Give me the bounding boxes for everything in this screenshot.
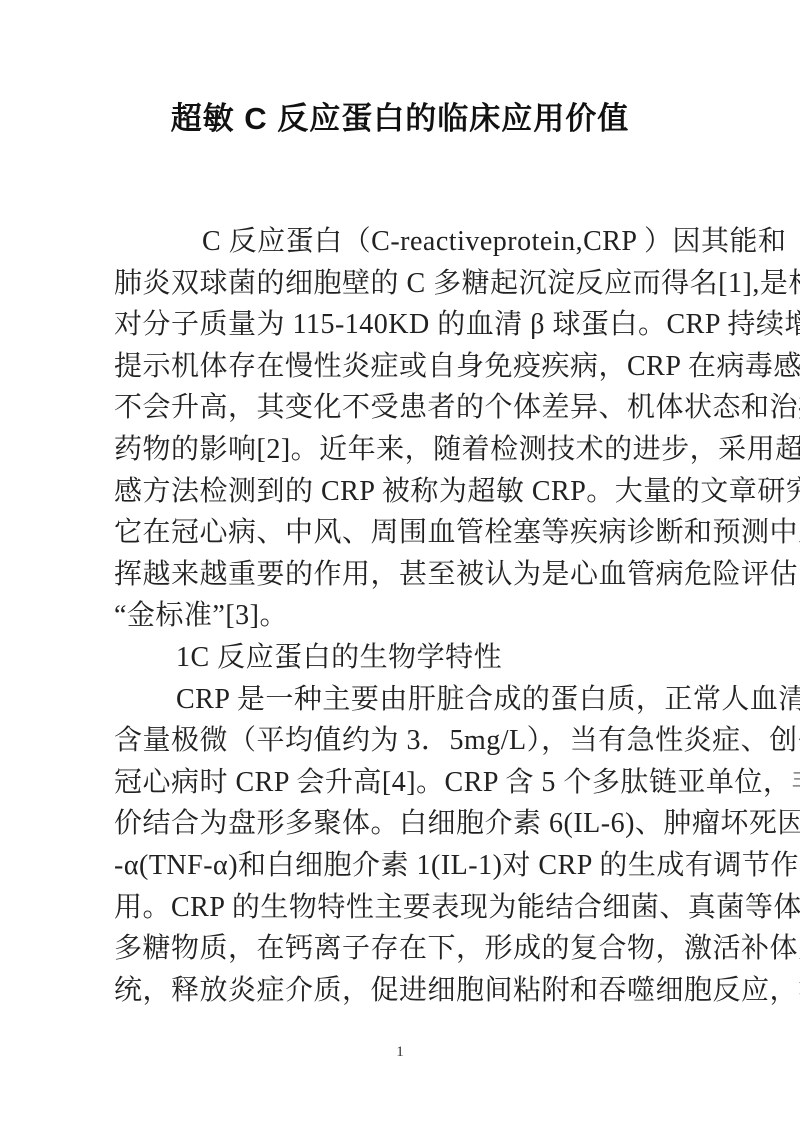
text-line: 对分子质量为 115-140KD 的血清 β 球蛋白。CRP 持续增高 <box>114 304 720 346</box>
text-line: 多糖物质，在钙离子存在下，形成的复合物，激活补体系 <box>114 928 720 970</box>
text-line: 它在冠心病、中风、周围血管栓塞等疾病诊断和预测中发 <box>114 512 720 554</box>
text-line: 肺炎双球菌的细胞壁的 C 多糖起沉淀反应而得名[1],是相 <box>114 263 720 305</box>
page-number: 1 <box>0 1044 800 1061</box>
document-page: 超敏 C 反应蛋白的临床应用价值 C 反应蛋白（C-reactiveprotei… <box>0 0 800 1131</box>
page-title: 超敏 C 反应蛋白的临床应用价值 <box>0 0 800 137</box>
text-line: CRP 是一种主要由肝脏合成的蛋白质，正常人血清中 <box>114 679 720 721</box>
text-line: 不会升高，其变化不受患者的个体差异、机体状态和治疗 <box>114 387 720 429</box>
text-line: 提示机体存在慢性炎症或自身免疫疾病，CRP 在病毒感染时 <box>114 346 720 388</box>
text-line: 药物的影响[2]。近年来，随着检测技术的进步，采用超敏 <box>114 429 720 471</box>
text-line: 统，释放炎症介质，促进细胞间粘附和吞噬细胞反应，溶 <box>114 970 720 1012</box>
document-body: C 反应蛋白（C-reactiveprotein,CRP ）因其能和肺炎双球菌的… <box>0 221 800 1011</box>
text-line: 冠心病时 CRP 会升高[4]。CRP 含 5 个多肽链亚单位，非共 <box>114 762 720 804</box>
text-line: 含量极微（平均值约为 3．5mg/L），当有急性炎症、创伤和 <box>114 720 720 762</box>
text-line: -α(TNF-α)和白细胞介素 1(IL-1)对 CRP 的生成有调节作 <box>114 845 720 887</box>
text-line: 1C 反应蛋白的生物学特性 <box>114 637 720 679</box>
text-line: 挥越来越重要的作用，甚至被认为是心血管病危险评估的 <box>114 554 720 596</box>
text-line: 感方法检测到的 CRP 被称为超敏 CRP。大量的文章研究显示， <box>114 471 720 513</box>
text-line: “金标准”[3]。 <box>114 595 720 637</box>
text-line: 价结合为盘形多聚体。白细胞介素 6(IL-6)、肿瘤坏死因子 <box>114 803 720 845</box>
text-line: C 反应蛋白（C-reactiveprotein,CRP ）因其能和 <box>114 221 720 263</box>
text-line: 用。CRP 的生物特性主要表现为能结合细菌、真菌等体内的 <box>114 887 720 929</box>
